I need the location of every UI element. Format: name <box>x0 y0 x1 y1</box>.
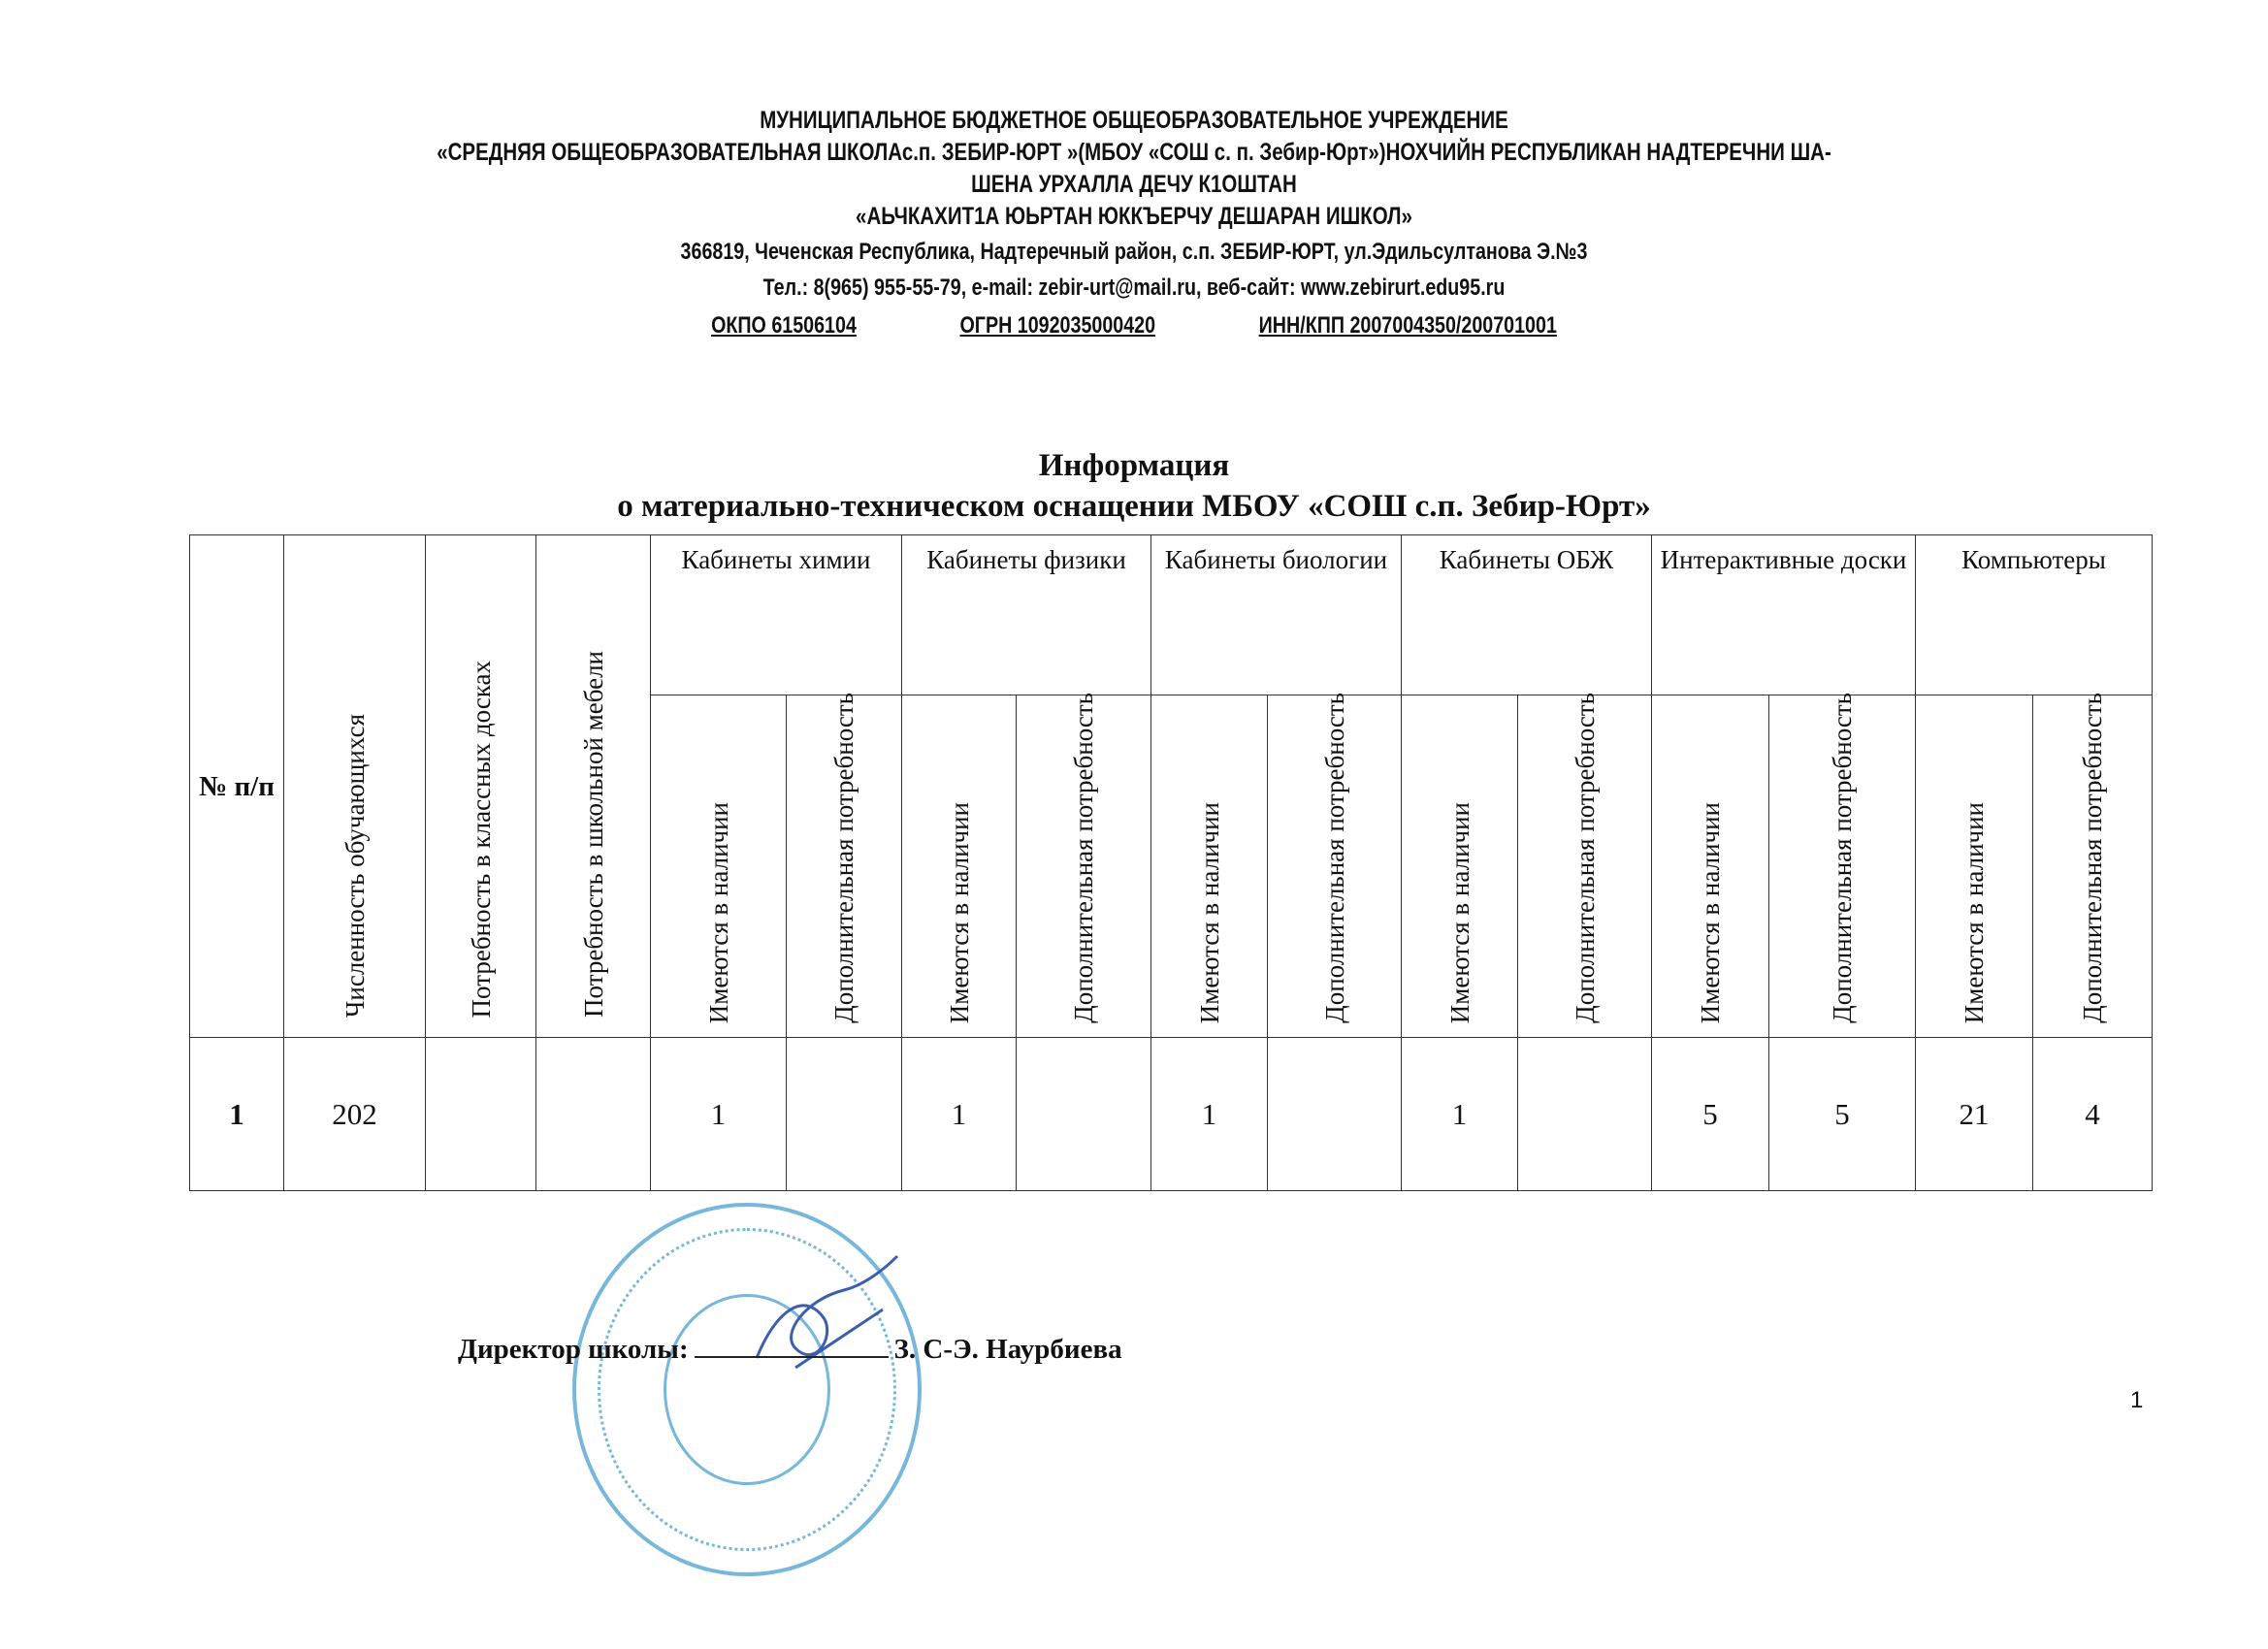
cell-value: 1 <box>1151 1038 1268 1191</box>
header-num: № п/п <box>190 535 284 1038</box>
cell-num: 1 <box>190 1038 284 1191</box>
cell-value: 21 <box>1916 1038 2033 1191</box>
subheader-have-3: Имеются в наличии <box>1402 695 1518 1038</box>
okpo: ОКПО 61506104 <box>711 312 857 339</box>
cell-value <box>787 1038 902 1191</box>
cell-value <box>1268 1038 1402 1191</box>
subheader-have-5: Имеются в наличии <box>1916 695 2033 1038</box>
signature-block: Директор школы:З. С-Э. Наурбиева <box>458 1334 1122 1366</box>
group-biology: Кабинеты биологии <box>1151 535 1402 695</box>
subheader-have-2: Имеются в наличии <box>1151 695 1268 1038</box>
director-signature <box>737 1251 912 1397</box>
letterhead-requisites: ОКПО 61506104 ОГРН 1092035000420 ИНН/КПП… <box>204 312 2063 339</box>
group-interactive-boards: Интерактивные доски <box>1652 535 1916 695</box>
table-row: 1 202 111155214 <box>190 1038 2153 1191</box>
letterhead-contacts: Тел.: 8(965) 955-55-79, e-mail: zebir-ur… <box>204 275 2063 302</box>
subheader-need-0: Дополнительная потребность <box>787 695 902 1038</box>
group-chemistry: Кабинеты химии <box>651 535 902 695</box>
letterhead-line-3: ШЕНА УРХАЛЛА ДЕЧУ К1ОШТАН <box>204 169 2063 201</box>
cell-value: 1 <box>1402 1038 1518 1191</box>
letterhead-line-1: МУНИЦИПАЛЬНОЕ БЮДЖЕТНОЕ ОБЩЕОБРАЗОВАТЕЛЬ… <box>204 105 2063 137</box>
subheader-have-4: Имеются в наличии <box>1652 695 1769 1038</box>
letterhead-line-4: «АЬЧКАХИТ1А ЮЬРТАН ЮККЪЕРЧУ ДЕШАРАН ИШКО… <box>204 201 2063 233</box>
cell-value <box>1017 1038 1151 1191</box>
cell-boards <box>426 1038 536 1191</box>
cell-students: 202 <box>284 1038 426 1191</box>
header-furniture: Потребность в школьной мебели <box>536 535 651 1038</box>
cell-value: 4 <box>2033 1038 2153 1191</box>
cell-value <box>1518 1038 1652 1191</box>
director-name: З. С-Э. Наурбиева <box>894 1334 1122 1365</box>
group-computers: Компьютеры <box>1916 535 2153 695</box>
inn-kpp: ИНН/КПП 2007004350/200701001 <box>1259 312 1557 339</box>
subheader-have-0: Имеются в наличии <box>651 695 787 1038</box>
cell-furniture <box>536 1038 651 1191</box>
cell-value: 1 <box>902 1038 1017 1191</box>
group-physics: Кабинеты физики <box>902 535 1151 695</box>
cell-value: 1 <box>651 1038 787 1191</box>
header-boards: Потребность в классных досках <box>426 535 536 1038</box>
equipment-table: № п/п Численность обучающихся Потребност… <box>189 534 2153 1191</box>
subheader-need-1: Дополнительная потребность <box>1017 695 1151 1038</box>
ogrn: ОГРН 1092035000420 <box>959 312 1155 339</box>
subheader-need-3: Дополнительная потребность <box>1518 695 1652 1038</box>
letterhead-address: 366819, Чеченская Республика, Надтеречны… <box>204 239 2063 266</box>
subheader-need-5: Дополнительная потребность <box>2033 695 2153 1038</box>
subheader-need-2: Дополнительная потребность <box>1268 695 1402 1038</box>
header-students: Численность обучающихся <box>284 535 426 1038</box>
document-title: Информация <box>0 448 2268 484</box>
subheader-have-1: Имеются в наличии <box>902 695 1017 1038</box>
document-subtitle: о материально-техническом оснащении МБОУ… <box>0 489 2268 525</box>
group-obzh: Кабинеты ОБЖ <box>1402 535 1652 695</box>
subheader-need-4: Дополнительная потребность <box>1769 695 1916 1038</box>
cell-value: 5 <box>1652 1038 1769 1191</box>
page-number: 1 <box>2130 1387 2143 1414</box>
cell-value: 5 <box>1769 1038 1916 1191</box>
letterhead-line-2: «СРЕДНЯЯ ОБЩЕОБРАЗОВАТЕЛЬНАЯ ШКОЛАс.п. З… <box>204 137 2063 169</box>
director-role: Директор школы: <box>458 1334 689 1365</box>
signature-line <box>695 1356 889 1358</box>
